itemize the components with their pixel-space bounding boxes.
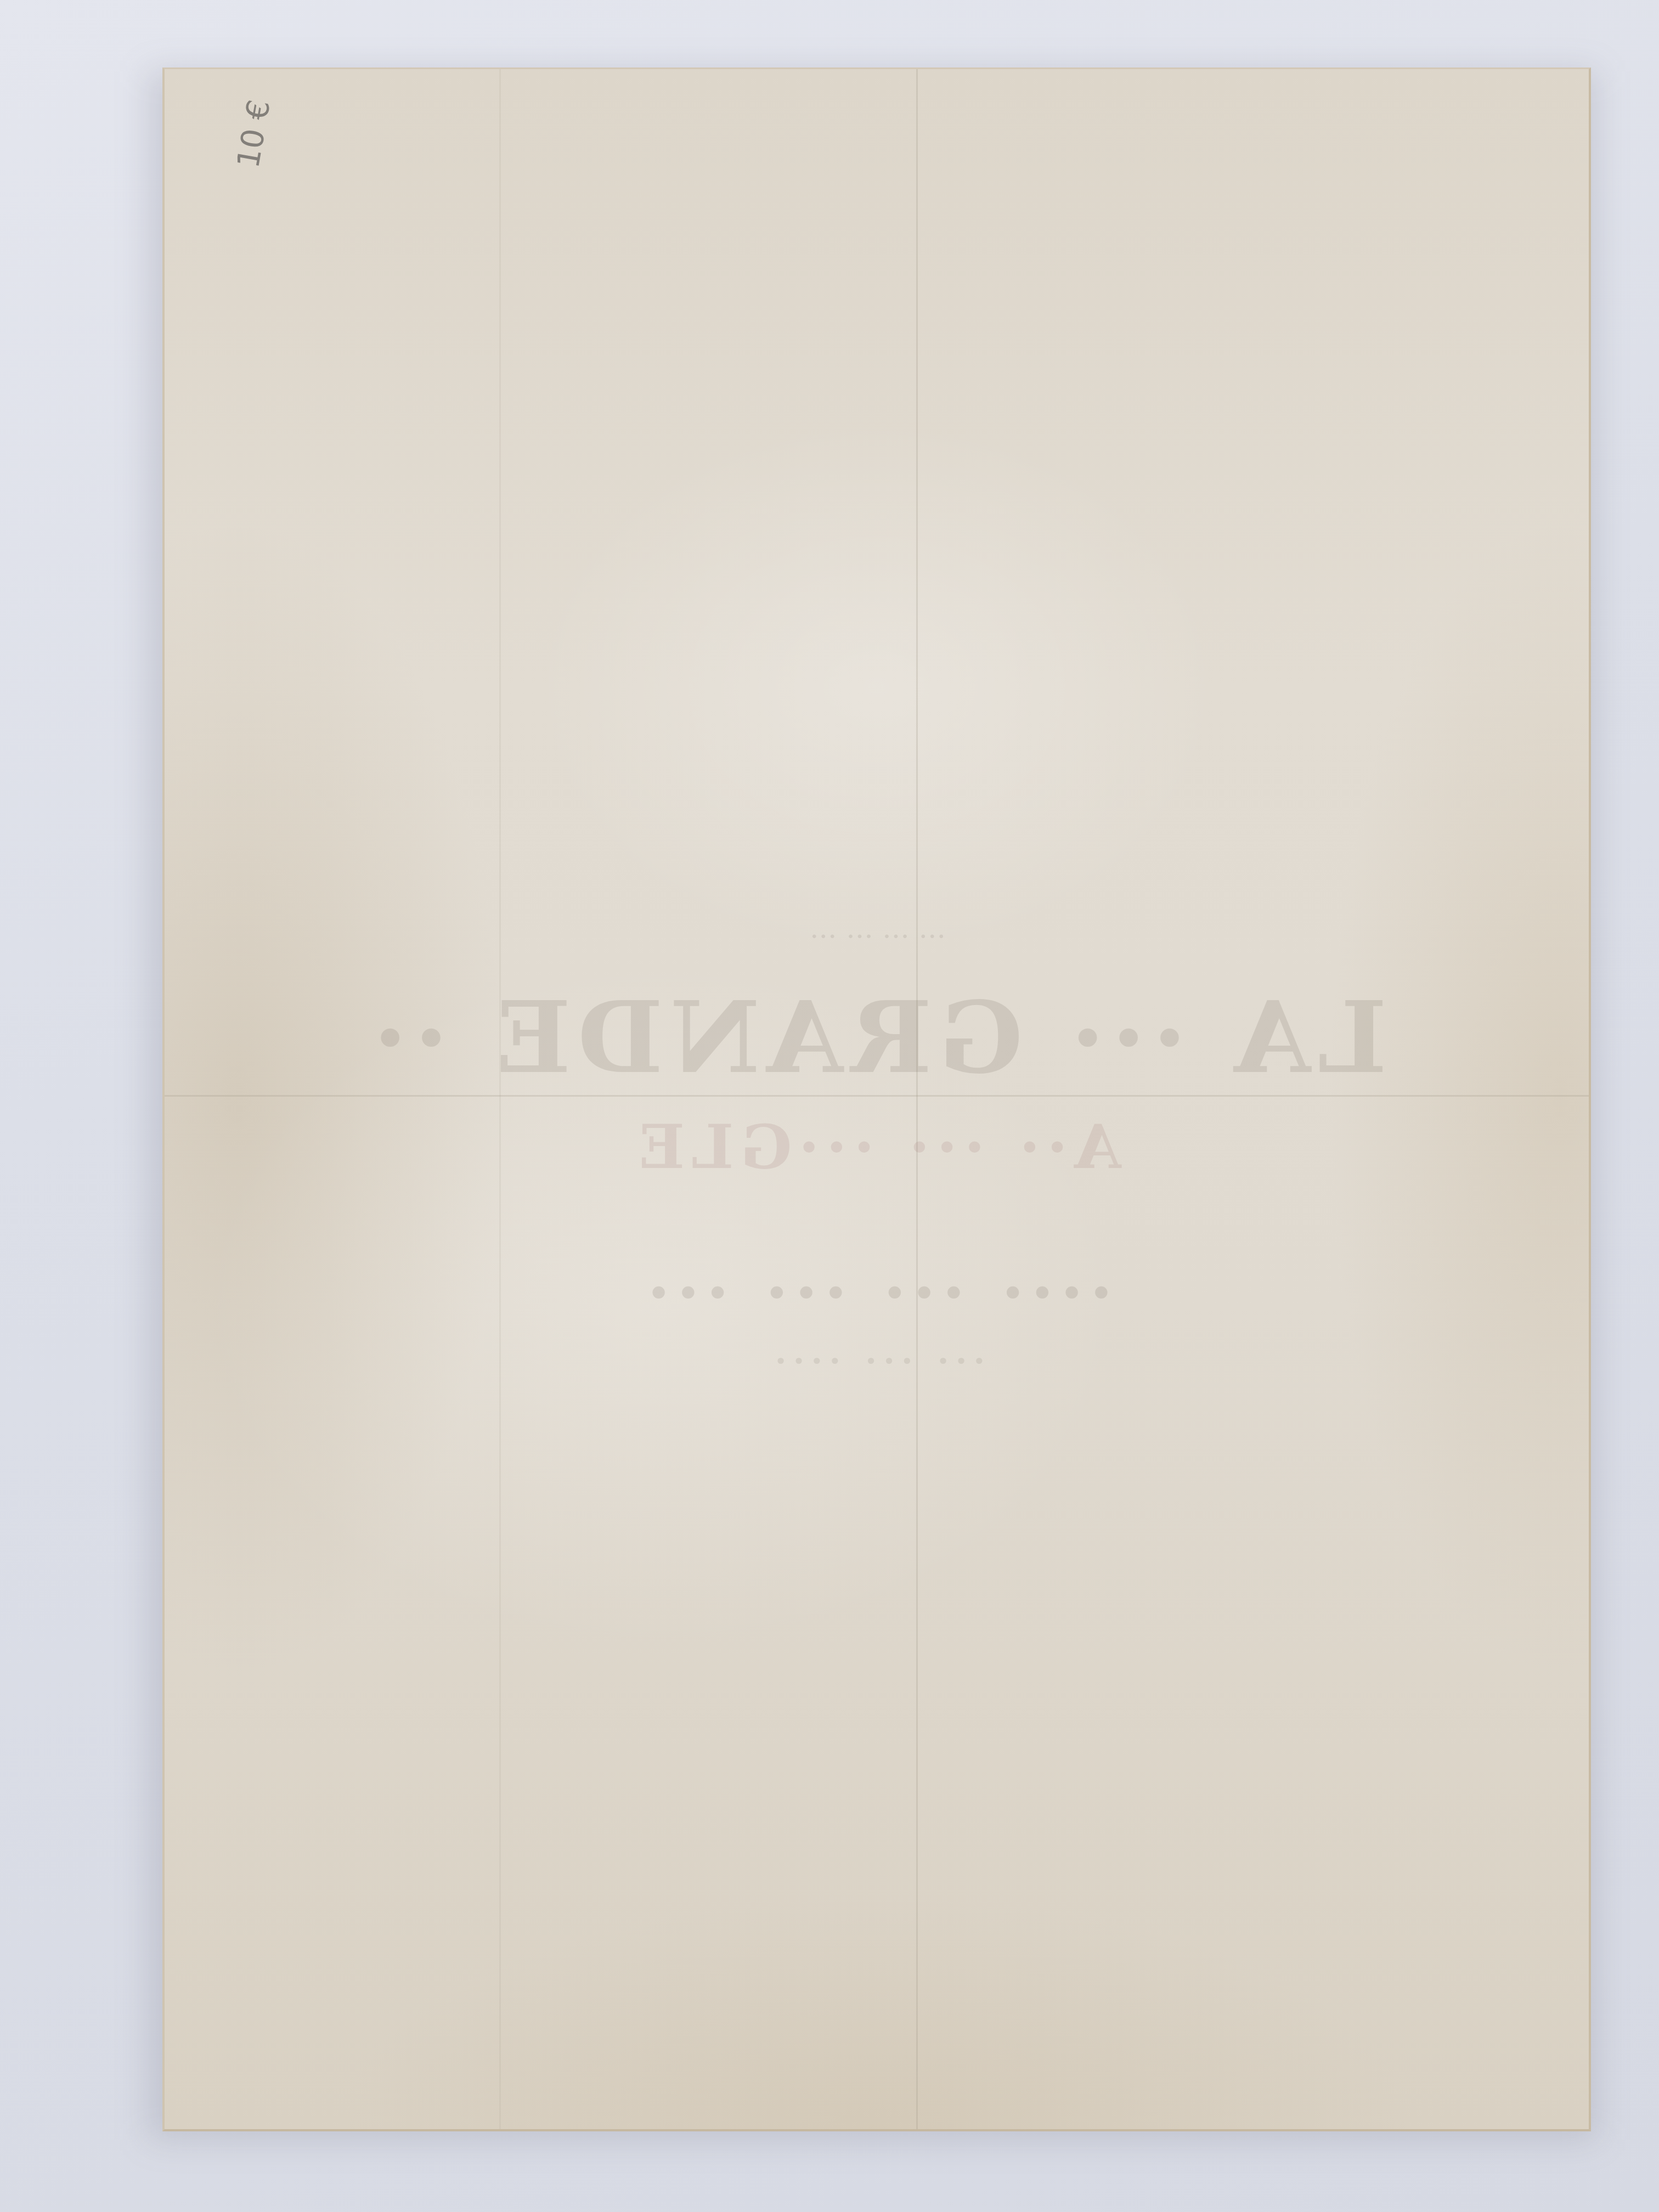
- crease: [499, 69, 501, 2129]
- showthrough-small-line: ··· ··· ··· ···: [165, 925, 1589, 948]
- showthrough-headline: LA ··· GRANDE ··: [165, 980, 1589, 1096]
- paper-sheet: ··· ··· ··· ··· LA ··· GRANDE ·· A·· ···…: [162, 67, 1591, 2131]
- showthrough-line-3: ···· ··· ··· ···: [165, 1254, 1589, 1331]
- crease: [916, 69, 918, 2129]
- showthrough-subtitle: A·· ··· ···GLE: [165, 1111, 1589, 1182]
- showthrough-line-4: ··· ··· ····: [165, 1342, 1589, 1380]
